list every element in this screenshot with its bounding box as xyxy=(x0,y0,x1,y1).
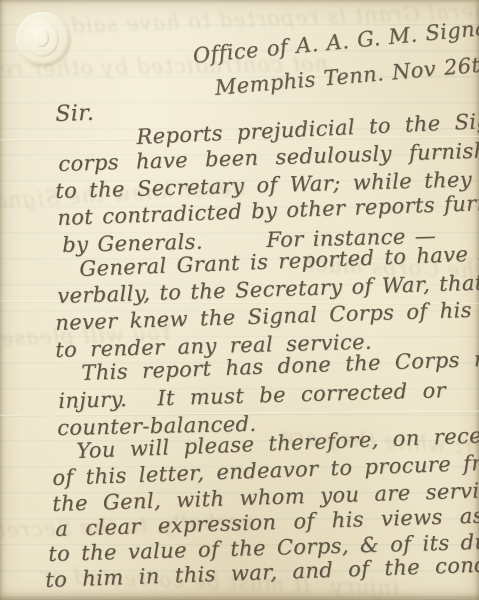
letter-page: General Grant is reported to have said n… xyxy=(0,0,479,600)
letter-line: injury. It must be corrected or xyxy=(58,380,446,412)
embossed-seal-core xyxy=(35,29,49,47)
salutation: Sir. xyxy=(55,103,95,126)
embossed-seal-crest xyxy=(25,20,59,57)
